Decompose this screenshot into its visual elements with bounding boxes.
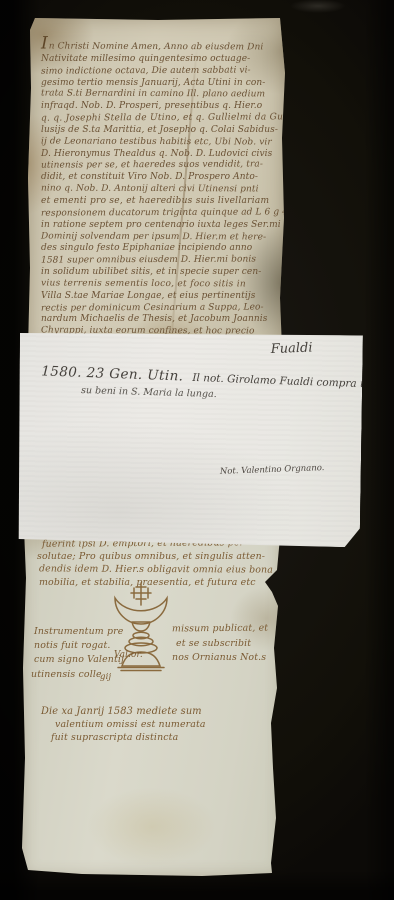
deed-line: vius terrenis sementis loco, et foco sit… [41, 278, 280, 291]
deed-line: infraqd. Nob. D. Prosperi, presentibus q… [41, 101, 280, 113]
attestation-line-right: missum publicat, et [172, 623, 268, 635]
deed-line: in solidum ubilibet sitis, et in specie … [41, 267, 280, 279]
attestation-line-right: gij [100, 672, 111, 682]
slip-summary: Il not. Girolamo Fualdi compra un livell… [192, 372, 394, 392]
deed-text-block: In Christi Nomine Amen, Anno ab eiusdem … [41, 39, 280, 350]
deed-line: trata S.ti Bernardini in camino Ill. pla… [41, 89, 280, 102]
deed-line: 1581 super omnibus eiusdem D. Hier.mi bo… [41, 255, 280, 268]
slip-summary-line2: su beni in S. Maria la lunga. [81, 385, 217, 400]
deed-line: didit, et constituit Viro Nob. D. Prospe… [41, 172, 280, 184]
deed-line: responsionem ducatorum triginta quinque … [41, 207, 280, 220]
deed-line: nardum Michaelis de Thesis, et Jacobum J… [41, 314, 280, 326]
parchment-bottom-sheet: fuerint ipsi D. emptori, et haeredibus p… [22, 518, 282, 877]
deed-line: et ementi pro se, et haeredibus suis liv… [41, 196, 280, 208]
slip-corner-label: Fualdi [271, 341, 313, 358]
archive-photo: In Christi Nomine Amen, Anno ab eiusdem … [0, 0, 394, 900]
deed-line: dendis idem D. Hier.s obligavit omnia ei… [39, 563, 273, 575]
deed-line: solutae; Pro quibus omnibus, et singulis… [37, 551, 265, 562]
deed-line: utinensis per se, et haeredes suos vendi… [41, 160, 280, 173]
deed-line: gesimo tertio mensis Januarij, Acta Utin… [41, 78, 280, 90]
deed-line: lusijs de S.ta Marittia, et Josepho q. C… [41, 125, 280, 137]
dorsal-date-line: fuit suprascripta distincta [51, 732, 178, 743]
deed-line: Dominij solvendam per ipsum D. Hier.m et… [41, 231, 280, 244]
attestation-line-right: nos Ornianus Not.s [172, 652, 266, 663]
dorsal-date-line: valentium omissi est numerata [55, 719, 206, 730]
attestation-line-left: notis fuit rogat. [34, 640, 111, 651]
catalogue-slip: Fualdi 1580. 23 Gen. Utin.Il not. Girola… [17, 330, 363, 547]
deed-line: q. q. Josephi Stella de Utino, et q. Gul… [41, 112, 280, 125]
slip-date: 1580. 23 Gen. Utin. [41, 363, 184, 384]
slip-signature: Not. Valentino Orgnano. [220, 463, 325, 477]
deed-line: Nativitate millesimo quingentesimo octua… [41, 54, 280, 66]
deed-line: simo indictione octava, Die autem sabbat… [41, 65, 280, 78]
deed-line: ij de Leonariano testibus habitis etc, U… [41, 136, 280, 149]
parchment-top-sheet: In Christi Nomine Amen, Anno ab eiusdem … [28, 18, 285, 349]
deed-line: nino q. Nob. D. Antonij alteri civi Utin… [41, 184, 280, 197]
deed-line: in ratione septem pro centenario iuxta l… [41, 220, 280, 232]
attestation-line-left: utinensis colle [31, 669, 102, 680]
deed-line: Villa S.tae Mariae Longae, et eius perti… [41, 291, 280, 303]
attestation-line-right: et se subscribit [176, 638, 251, 649]
attestation-line-left: cum signo Valentij [34, 654, 124, 665]
deed-line: rectis per dominicum Cesinarium a Suppa,… [41, 302, 280, 315]
attestation-line-left: Instrumentum pre [34, 626, 123, 637]
deed-line: In Christi Nomine Amen, Anno ab eiusdem … [41, 38, 280, 54]
dorsal-date-line: Die xa Janrij 1583 mediete sum [41, 706, 202, 717]
deed-line: des singulo festo Epiphaniae incipiendo … [41, 243, 280, 255]
